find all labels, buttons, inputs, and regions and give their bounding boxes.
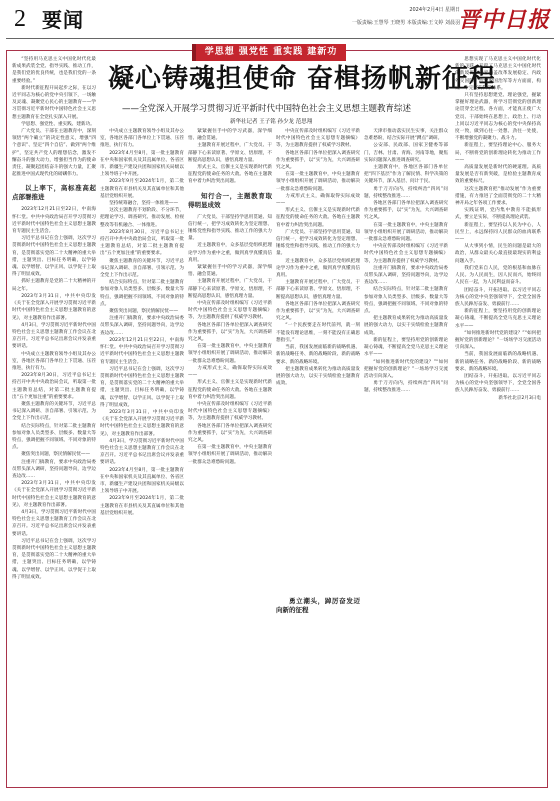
paragraph: 中央宣传部及时组织编写《习近平新时代中国特色社会主义思想专题摘编》等，为主题教育… <box>364 243 448 265</box>
paragraph: 团结奋斗，开拓进取。以习近平同志为核心的党中央坚强领导下，全党全国各族人民踔厉奋… <box>455 287 541 309</box>
paragraph: 主题教育开展过程中，广大党员、干部静下心来读原著、学原文、悟原理，不断提高思想认… <box>188 142 272 164</box>
paragraph: 习近平总书记在会上强调，这次学习贯彻新时代中国特色社会主义思想主题教育，是贯彻落… <box>12 235 96 278</box>
paragraph: 我们党来自人民，党的根基和血脉在人民。为人民而生，因人民而兴，始终同人民在一起，… <box>455 265 541 287</box>
paragraph: “如何推进新时代党的建设？”“如何把握好党的创新理论？”一场场学习交流活动引向深… <box>455 330 541 352</box>
paragraph: 2023年4月至8月，第一批主题教育在中央和国家机关及其直属单位、各省区市、新疆… <box>100 467 184 496</box>
paragraph: “一个民族要走在时代前列，就一刻不能没有理论思维，一刻不能没有正确思想指引。” <box>276 322 360 344</box>
paragraph: 2023年9月至2024年1月，第二批主题教育在市县机关及其直属单位和其他基层党… <box>100 495 184 517</box>
paragraph: 公安部、民政部、国家卫健委等部门，吉林、甘肃、青海、河南等地，聚焦实际问题深入推… <box>364 142 448 164</box>
paragraph: 2023年9月至2024年1月，第二批主题教育在市县机关及其直属单位和其他基层党… <box>100 178 184 200</box>
paragraph: 力戒形式主义，确保取得实际成效—— <box>188 365 272 379</box>
dateline: 新华社北京2月3日电 <box>455 395 541 402</box>
paragraph: 中央成立主题教育领导小组及其办公室，各地区各部门各单位上下贯通、压茬推进，执行有… <box>12 351 96 373</box>
newspaper-logo: 晋中日报 <box>458 3 550 34</box>
paragraph: 2023年3月31日，中共中央印发《关于在全党深入开展学习贯彻习近平新时代中国特… <box>100 409 184 438</box>
paragraph: 近主题教育中，众多基层党组织把理论学习作为重中之重，做到真学真懂真信真用。 <box>276 258 360 280</box>
paragraph: 注重开门搞教育，要求中央政治局委员带头深入调研，坚持问题导向，边学边查边改…… <box>100 315 184 337</box>
paragraph: “如何推进新时代党的建设？”“如何把握好党的创新理论？”一场场学习交流活动引向深… <box>364 359 448 381</box>
section-heading: 知行合一，主题教育取得明显成效 <box>188 192 272 210</box>
paragraph: 在第一批主题教育中，中央主题教育领导小组组织开展了调研活动，推动解决一批群众急难… <box>188 343 272 365</box>
paragraph: 勇于刀刃向内，持续纠治“四风”问题，持续整改推进…… <box>364 380 448 394</box>
paragraph: 思想实现了马克思主义中国化时代化新的飞跃，开辟了马克思主义中国化时代化新境界，内… <box>455 56 541 92</box>
paragraph: 形式主义、官僚主义是实现新时代新征程党的使命任务的大敌。各地在主题教育中着力纠治… <box>188 379 272 401</box>
paragraph: 勇于刀刃向内，持续纠治“四风”问题，持续整改推进…… <box>364 186 448 200</box>
section-heading: 以上率下，高标准高起点部署推进 <box>12 184 96 202</box>
paragraph: 中央宣传部及时组织编写《习近平新时代中国特色社会主义思想专题摘编》等，为主题教育… <box>188 401 272 423</box>
paragraph: 近主题教育中，众多基层党组织把理论学习作为重中之重，做到真学真懂真信真用。 <box>188 242 272 264</box>
paragraph: 广大党员、干部坚持学思用贯通、知信行统一，把学习成效转化为坚定理想、锤炼党性和指… <box>276 229 360 258</box>
paragraph: 主题教育中，各地区各部门各单位把“四下基层”作为了解民情、科学决策的关键环节，深… <box>364 164 448 186</box>
paragraph: 形式主义、官僚主义是实现新时代新征程党的使命任务的大敌。各地在主题教育中着力纠治… <box>276 207 360 229</box>
paragraph: 注重开门搞教育，要求中央政治局委员带头深入调研，坚持问题导向，边学边查边改…… <box>364 265 448 287</box>
headline: 凝心铸魂担使命 奋楫扬帆新征程 <box>108 62 438 96</box>
page-number: 2 <box>14 4 26 34</box>
paragraph: 坚持统筹融合，坚持一体推进—— <box>100 200 184 207</box>
paragraph: 各地区各部门各单位把深入调查研究作为重要抓手，以“实”为先，大兴调查研究之风。 <box>188 423 272 445</box>
section-heading: 勇立潮头，踔厉奋发迈向新的征程 <box>276 597 360 615</box>
paragraph: 新的征程上，要坚持用党的创新理论凝心铸魂，不断提高全党马克思主义理论水平—— <box>455 308 541 330</box>
paragraph: 紧紧握住手中的学习武器，深学细悟、融会贯通。 <box>188 264 272 278</box>
paragraph: 4月3日，学习贯彻习近平新时代中国特色社会主义思想主题教育工作会议在北京召开。习… <box>12 509 96 538</box>
paragraph: 2023年8月30日，习近平总书记主持召开中共中央政治局会议，听取第一批主题教育… <box>100 229 184 258</box>
masthead: 2 要闻 2024年2月4日 星期日 一版责编:王慧琴 王晓男 本版责编:王文婷… <box>0 0 560 40</box>
subheadline: ——全党深入开展学习贯彻习近平新时代中国特色社会主义思想主题教育综述 <box>122 103 452 115</box>
paragraph: 各地区各部门各单位把深入调查研究作为重要抓手，以“实”为先，大兴调查研究之风。 <box>276 150 360 172</box>
paragraph: 这次主题教育把“推动发展”作为重要措施，有力推进了全面贯彻党的二十大精神开局之年… <box>455 186 541 208</box>
editors-credit: 一版责编:王慧琴 王晓男 本版责编:王文婷 刘晨羽 <box>352 19 460 27</box>
paragraph: 力戒形式主义，确保取得实际成效—— <box>276 193 360 207</box>
paragraph: 结合实际特点，针对第二批主题教育参加对象人员类型多、层级多、数量大等特点，强调把… <box>100 279 184 308</box>
paragraph: 各地区各部门各单位把深入调查研究作为重要抓手，以“实”为先，大兴调查研究之风。 <box>276 301 360 323</box>
paragraph: 在第一批主题教育中，中央主题教育领导小组组织开展了调研活动，推动解决一批群众急难… <box>276 171 360 193</box>
paragraph: 从大事到小情，民生的问题是最大的政治，从群众最关心最直接最现实的利益问题入手。 <box>455 243 541 265</box>
paragraph: 在第一批主题教育中，中央主题教育领导小组组织开展了调研活动，推动解决一批群众急难… <box>364 222 448 244</box>
paragraph: 结合实际特点，针对第二批主题教育参加对象人员类型多、层级多、数量大等特点，强调把… <box>12 423 96 452</box>
column-2: 中央成立主题教育领导小组及其办公室，各地区各部门各单位上下贯通、压茬推进，执行有… <box>100 128 184 784</box>
paragraph: 新征程上，要坚持以人民为中心，人民至上，永远保持同人民群众的血肉联系—— <box>455 222 541 244</box>
paragraph: 4月3日，学习贯彻习近平新时代中国特色社会主义思想主题教育工作会议在北京召开。习… <box>12 322 96 351</box>
paragraph: 主题教育开展过程中，广大党员、干部静下心来读原著、学原文、悟原理，不断提高思想认… <box>188 278 272 300</box>
paragraph: 把主题教育成果转化为推动高质量发展的强大动力，以实干实绩检验主题教育成效。 <box>276 366 360 388</box>
paragraph: 注重开门搞教育，要求中央政治局委员带头深入调研，坚持问题导向，边学边查边改…… <box>12 459 96 481</box>
paragraph: 聚焦突出问题，察民情解民忧—— <box>100 308 184 315</box>
paragraph: 新时代新征程开局起步之际，在以习近平同志为核心的党中央引领下，一场触及灵魂、凝聚… <box>12 85 96 121</box>
paragraph: 新征程上，要坚持理论中心、服务大局，不断将党的创新理论转化为推动工作—— <box>455 142 541 164</box>
paragraph: 习近平总书记在会上强调，这次学习贯彻新时代中国特色社会主义思想主题教育，是贯彻落… <box>100 366 184 409</box>
paragraph: 在第一批主题教育中，中央主题教育领导小组组织开展了调研活动，推动解决一批群众急难… <box>188 444 272 466</box>
paragraph: 紧紧握住手中的学习武器，深学细悟、融会贯通。 <box>188 128 272 142</box>
paragraph: 各地区各部门各单位把深入调查研究作为重要抓手，以“实”为先，大兴调查研究之风。 <box>364 200 448 222</box>
paragraph: 把主题教育成果转化为推动高质量发展的强大动力，以实干实绩检验主题教育成效。 <box>364 315 448 337</box>
paragraph: 形式主义、官僚主义是实现新时代新征程党的使命任务的大敌。各地在主题教育中着力纠治… <box>188 164 272 186</box>
paragraph: 中央成立主题教育领导小组及其办公室，各地区各部门各单位上下贯通、压茬推进，执行有… <box>100 128 184 150</box>
paragraph: 聚焦主题教育的关键环节，习近平总书记深入调研、亲自部署、引领示范、为全党上下作出… <box>12 401 96 423</box>
paragraph: 抓好主题教育是党的二十大精神的开局之年。 <box>12 278 96 292</box>
paragraph: 广大党员、干部在主题教育中，深刻领悟“两个确立”的决定性意义，增强“四个意识”、… <box>12 128 96 178</box>
paragraph: 高质量发展是新时代的硬道理。高质量发展是否有新突破，是检验主题教育成效的重要标尺… <box>455 164 541 186</box>
paragraph: 这次主题教育不划阶段、不分环节，把理论学习、调查研究、推动发展、检视整改等有机融… <box>100 207 184 229</box>
header-rule <box>6 38 554 39</box>
paragraph: 各地区各部门各单位把深入调查研究作为重要抓手，以“实”为先，大兴调查研究之风。 <box>188 322 272 344</box>
section-title: 要闻 <box>42 8 84 32</box>
byline: 新华社记者 王子铭 孙少龙 范思翔 <box>230 118 312 126</box>
paragraph: 聚焦突出问题，察民情解民忧—— <box>12 451 96 458</box>
paragraph: 只有坚持思想建党、理论强党，握紧掌握好理论武器，将学习贯彻党的创新理论贯穿全过程… <box>455 92 541 142</box>
column-3: 紧紧握住手中的学习武器，深学细悟、融会贯通。 主题教育开展过程中，广大党员、干部… <box>188 128 272 784</box>
edition-date: 2024年2月4日 星期日 <box>352 6 460 14</box>
paragraph: 学思想、强党性、重实践、建新功。 <box>12 121 96 128</box>
paragraph: 2023年3月31日，中共中央印发《关于在全党深入开展学习贯彻习近平新时代中国特… <box>12 293 96 322</box>
paragraph: 当前，我国发展面临新的战略机遇、新的战略任务、新的战略阶段、新的战略要求、新的战… <box>455 351 541 373</box>
column-1: “坚持用马克思主义中国化时代化最新成果武装全党、指导实践、推动工作，是我们党的优… <box>12 56 96 784</box>
paragraph: 2023年4月至8月，第一批主题教育在中央和国家机关及其直属单位、各省区市、新疆… <box>100 150 184 179</box>
paragraph: 当前，我国发展面临新的战略机遇、新的战略任务、新的战略阶段、新的战略要求、新的战… <box>276 344 360 366</box>
paragraph: 实践证明，党内集中教育不能搞形式，要立足实际，不断提高理论武装。 <box>455 207 541 221</box>
column-6: 思想实现了马克思主义中国化时代化新的飞跃，开辟了马克思主义中国化时代化新境界，内… <box>455 56 541 784</box>
theme-banner: 学思想 强党性 重实践 建新功 <box>196 44 346 61</box>
paragraph: 主题教育开展过程中，广大党员、干部静下心来读原著、学原文、悟原理，不断提高思想认… <box>276 279 360 301</box>
paragraph: 新的征程上，要坚持用党的创新理论凝心铸魂，不断提高全党马克思主义理论水平—— <box>364 337 448 359</box>
section-heading-3-block: 勇立潮头，踔厉奋发迈向新的征程 <box>276 595 360 617</box>
paragraph: 广大党员、干部坚持学思用贯通、知信行统一，把学习成效转化为坚定理想、锤炼党性和指… <box>188 214 272 243</box>
column-5: 天津市推动落实民生实事，关注群众急难愁盼，结合实际开展“蹲点”调研。 公安部、民… <box>364 128 448 784</box>
paragraph: 习近平总书记在会上强调，这次学习贯彻新时代中国特色社会主义思想主题教育，是贯彻落… <box>12 538 96 581</box>
paragraph: 2023年12月21日至22日，中南海怀仁堂。中共中央政治局召开学习贯彻习近平新… <box>12 206 96 235</box>
paragraph: 4月3日，学习贯彻习近平新时代中国特色社会主义思想主题教育工作会议在北京召开。习… <box>100 438 184 467</box>
edition-meta: 2024年2月4日 星期日 一版责编:王慧琴 王晓男 本版责编:王文婷 刘晨羽 <box>352 6 460 32</box>
paragraph: 2023年3月31日，中共中央印发《关于在全党深入开展学习贯彻习近平新时代中国特… <box>12 480 96 509</box>
paragraph: “坚持用马克思主义中国化时代化最新成果武装全党、指导实践、推动工作，是我们党的优… <box>12 56 96 85</box>
paragraph: 结合实际特点，针对第二批主题教育参加对象人员类型多、层级多、数量大等特点，强调把… <box>364 286 448 315</box>
column-4: 中央宣传部及时组织编写《习近平新时代中国特色社会主义思想专题摘编》等，为主题教育… <box>276 128 360 784</box>
paragraph: 天津市推动落实民生实事，关注群众急难愁盼，结合实际开展“蹲点”调研。 <box>364 128 448 142</box>
paragraph: 中央宣传部及时组织编写《习近平新时代中国特色社会主义思想专题摘编》等，为主题教育… <box>188 300 272 322</box>
paragraph: 2023年12月21日至22日，中南海怀仁堂。中共中央政治局召开学习贯彻习近平新… <box>100 337 184 366</box>
paragraph: 团结奋斗，开拓进取。以习近平同志为核心的党中央坚强领导下，全党全国各族人民踔厉奋… <box>455 373 541 395</box>
paragraph: 聚焦主题教育的关键环节，习近平总书记深入调研、亲自部署、引领示范、为全党上下作出… <box>100 258 184 280</box>
paragraph: 中央宣传部及时组织编写《习近平新时代中国特色社会主义思想专题摘编》等，为主题教育… <box>276 128 360 150</box>
paragraph: 2023年8月30日，习近平总书记主持召开中共中央政治局会议，听取第一批主题教育… <box>12 372 96 401</box>
